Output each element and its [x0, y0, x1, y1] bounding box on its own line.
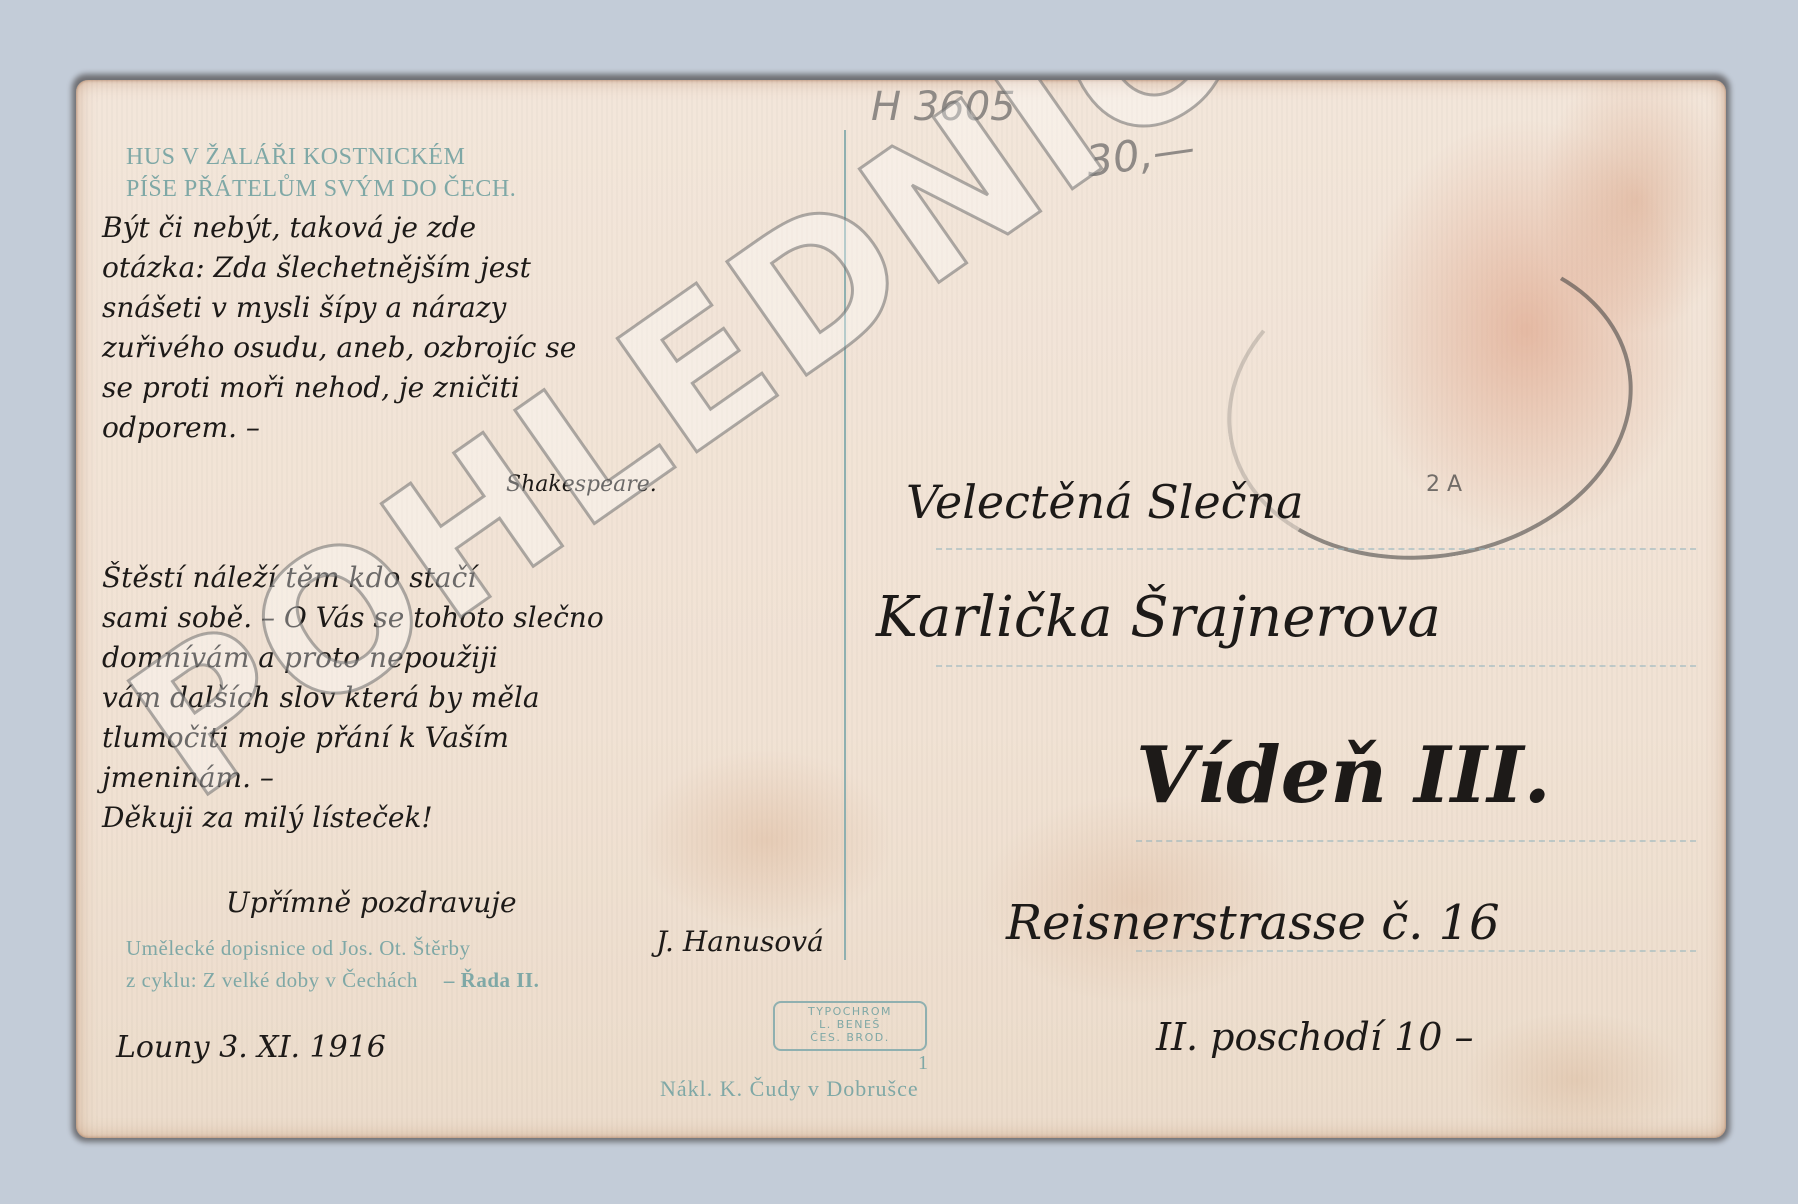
quote-line: Být či nebýt, taková je zde: [102, 208, 576, 248]
quote-line: odporem. –: [102, 408, 576, 448]
pencil-catalog-number: H 3605: [871, 84, 1016, 130]
address-rule: [936, 548, 1696, 550]
pencil-price: 30,—: [1083, 123, 1198, 187]
printer-line: L. BENEŠ: [775, 1018, 925, 1031]
message-quote: Být či nebýt, taková je zde otázka: Zda …: [102, 208, 576, 448]
quote-line: snášeti v mysli šípy a nárazy: [102, 288, 576, 328]
address-salutation: Velectěná Slečna: [906, 475, 1304, 529]
address-city: Vídeň III.: [1136, 730, 1551, 821]
signature: J. Hanusová: [656, 925, 824, 958]
body-line: jmeninám. –: [102, 758, 604, 798]
postmark-text: 2 A: [1426, 472, 1462, 497]
printer-line: ČES. BROD.: [775, 1031, 925, 1044]
address-name: Karlička Šrajnerova: [876, 585, 1441, 650]
center-divider: [844, 130, 846, 960]
printer-line: TYPOCHROM: [775, 1005, 925, 1018]
body-line: vám dalších slov která by měla: [102, 678, 604, 718]
body-line: sami sobě. – O Vás se tohoto slečno: [102, 598, 604, 638]
closing: Upřímně pozdravuje: [226, 886, 517, 919]
body-line: Štěstí náleží těm kdo stačí: [102, 558, 604, 598]
address-rule: [1136, 840, 1696, 842]
address-rule: [936, 665, 1696, 667]
publisher: Nákl. K. Čudy v Dobrušce: [660, 1076, 919, 1102]
body-line: domnívám a proto nepoužiji: [102, 638, 604, 678]
quote-line: zuřivého osudu, aneb, ozbrojíc se: [102, 328, 576, 368]
credit-cycle: z cyklu: Z velké doby v Čechách: [126, 968, 418, 992]
quote-line: se proti moři nehod, je zničiti: [102, 368, 576, 408]
quote-author: Shakespeare.: [506, 472, 657, 497]
printer-stamp: TYPOCHROM L. BENEŠ ČES. BROD.: [773, 1001, 927, 1051]
printed-credit-line-2: z cyklu: Z velké doby v Čechách– Řada II…: [126, 968, 539, 993]
printed-title-line-2: PÍŠE PŘÁTELŮM SVÝM DO ČECH.: [126, 176, 516, 203]
series-label: – Řada II.: [444, 968, 539, 992]
printed-credit-line-1: Umělecké dopisnice od Jos. Ot. Štěrby: [126, 936, 471, 961]
quote-line: otázka: Zda šlechetnějším jest: [102, 248, 576, 288]
address-street: Reisnerstrasse č. 16: [1006, 895, 1500, 951]
address-floor: II. poschodí 10 –: [1156, 1015, 1474, 1059]
body-line: Děkuji za milý lísteček!: [102, 798, 604, 838]
postcard-back: HUS V ŽALÁŘI KOSTNICKÉM PÍŠE PŘÁTELŮM SV…: [76, 80, 1726, 1138]
card-number: 1: [918, 1052, 928, 1075]
message-body: Štěstí náleží těm kdo stačí sami sobě. –…: [102, 558, 604, 838]
printed-title-line-1: HUS V ŽALÁŘI KOSTNICKÉM: [126, 144, 465, 171]
body-line: tlumočiti moje přání k Vaším: [102, 718, 604, 758]
place-date: Louny 3. XI. 1916: [116, 1030, 386, 1065]
